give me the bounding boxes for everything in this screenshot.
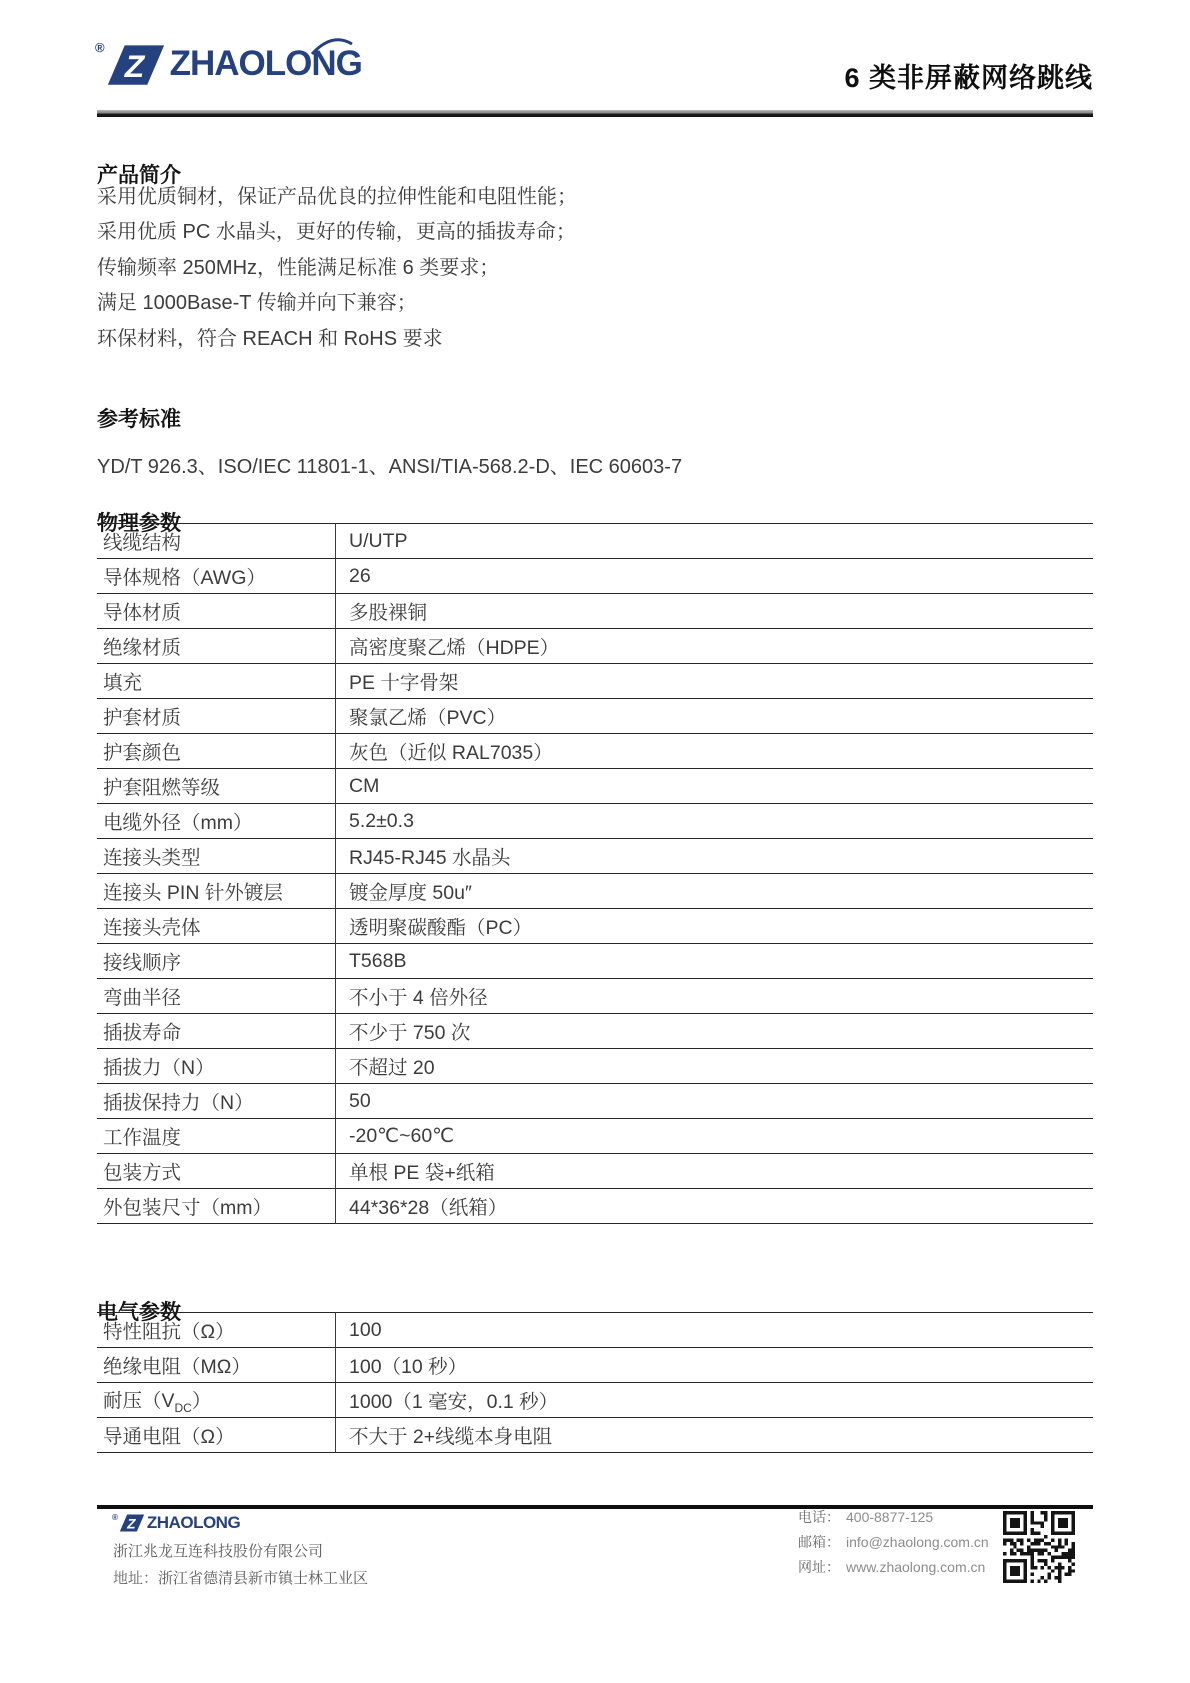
footer-contact: 电话：400-8877-125 邮箱：info@zhaolong.com.cn …: [798, 1510, 989, 1585]
table-row: 连接头 PIN 针外镀层镀金厚度 50u″: [97, 874, 1093, 909]
electrical-table-body: 特性阻抗（Ω）100绝缘电阻（MΩ）100（10 秒）耐压（VDC）1000（1…: [97, 1313, 1093, 1453]
param-label: 护套颜色: [97, 734, 336, 769]
address-value: 浙江省德清县新市镇士林工业区: [158, 1570, 368, 1587]
footer-logo: ® Z ZHAOLONG: [112, 1513, 240, 1533]
param-value: 单根 PE 袋+纸箱: [336, 1154, 1094, 1189]
param-value: 不大于 2+线缆本身电阻: [336, 1418, 1094, 1453]
param-value: 50: [336, 1084, 1094, 1119]
param-value: 高密度聚乙烯（HDPE）: [336, 629, 1094, 664]
table-row: 接线顺序T568B: [97, 944, 1093, 979]
table-row: 导体规格（AWG）26: [97, 559, 1093, 594]
param-label: 电缆外径（mm）: [97, 804, 336, 839]
param-label: 护套材质: [97, 699, 336, 734]
standards-text: YD/T 926.3、ISO/IEC 11801-1、ANSI/TIA-568.…: [97, 450, 682, 479]
table-row: 护套阻燃等级CM: [97, 769, 1093, 804]
param-label: 绝缘材质: [97, 629, 336, 664]
param-value: 透明聚碳酸酯（PC）: [336, 909, 1094, 944]
param-value: 多股裸铜: [336, 594, 1094, 629]
param-label: 连接头 PIN 针外镀层: [97, 874, 336, 909]
param-value: U/UTP: [336, 524, 1094, 559]
table-row: 工作温度-20℃~60℃: [97, 1119, 1093, 1154]
phone-value: 400-8877-125: [846, 1509, 933, 1525]
param-label: 导通电阻（Ω）: [97, 1418, 336, 1453]
param-label: 导体材质: [97, 594, 336, 629]
registered-mark-icon: ®: [95, 40, 105, 55]
table-row: 包装方式单根 PE 袋+纸箱: [97, 1154, 1093, 1189]
param-value: 不超过 20: [336, 1049, 1094, 1084]
zhaolong-logo-text: ZHAOLONG: [170, 42, 362, 86]
param-label: 外包装尺寸（mm）: [97, 1189, 336, 1224]
param-value: 100: [336, 1313, 1094, 1348]
footer-email-row: 邮箱：info@zhaolong.com.cn: [798, 1535, 989, 1550]
table-row: 特性阻抗（Ω）100: [97, 1313, 1093, 1348]
table-row: 连接头类型RJ45-RJ45 水晶头: [97, 839, 1093, 874]
param-label: 弯曲半径: [97, 979, 336, 1014]
param-label: 护套阻燃等级: [97, 769, 336, 804]
footer-registered-mark-icon: ®: [112, 1513, 118, 1522]
param-label: 绝缘电阻（MΩ）: [97, 1348, 336, 1383]
param-value: 灰色（近似 RAL7035）: [336, 734, 1094, 769]
datasheet-page: ® Z ZHAOLONG 6 类非屏蔽网络跳线 产品简介 采用优质铜材，保证产品…: [0, 0, 1190, 1683]
param-label: 插拔寿命: [97, 1014, 336, 1049]
footer-divider: [97, 1505, 1093, 1509]
web-label: 网址：: [798, 1559, 840, 1575]
table-row: 导通电阻（Ω）不大于 2+线缆本身电阻: [97, 1418, 1093, 1453]
intro-line: 采用优质 PC 水晶头，更好的传输，更高的插拔寿命；: [97, 215, 997, 250]
param-label: 特性阻抗（Ω）: [97, 1313, 336, 1348]
table-row: 线缆结构U/UTP: [97, 524, 1093, 559]
param-value: 聚氯乙烯（PVC）: [336, 699, 1094, 734]
table-row: 导体材质多股裸铜: [97, 594, 1093, 629]
footer-phone-row: 电话：400-8877-125: [798, 1510, 989, 1525]
footer-z-icon: Z: [119, 1513, 145, 1533]
param-value: T568B: [336, 944, 1094, 979]
param-value: 100（10 秒）: [336, 1348, 1094, 1383]
param-label: 插拔力（N）: [97, 1049, 336, 1084]
physical-parameters-table: 线缆结构U/UTP导体规格（AWG）26导体材质多股裸铜绝缘材质高密度聚乙烯（H…: [97, 523, 1093, 1224]
param-label: 接线顺序: [97, 944, 336, 979]
param-label: 导体规格（AWG）: [97, 559, 336, 594]
param-value: PE 十字骨架: [336, 664, 1094, 699]
email-label: 邮箱：: [798, 1534, 840, 1550]
table-row: 插拔力（N）不超过 20: [97, 1049, 1093, 1084]
footer-address: 地址：浙江省德清县新市镇士林工业区: [113, 1567, 368, 1588]
param-label: 工作温度: [97, 1119, 336, 1154]
param-value: 不小于 4 倍外径: [336, 979, 1094, 1014]
physical-table-body: 线缆结构U/UTP导体规格（AWG）26导体材质多股裸铜绝缘材质高密度聚乙烯（H…: [97, 524, 1093, 1224]
zhaolong-z-icon: Z: [106, 42, 166, 88]
param-value: CM: [336, 769, 1094, 804]
svg-text:Z: Z: [123, 48, 145, 84]
table-row: 外包装尺寸（mm）44*36*28（纸箱）: [97, 1189, 1093, 1224]
intro-line: 传输频率 250MHz，性能满足标准 6 类要求；: [97, 251, 997, 286]
param-value: 5.2±0.3: [336, 804, 1094, 839]
table-row: 耐压（VDC）1000（1 毫安，0.1 秒）: [97, 1383, 1093, 1418]
param-label: 填充: [97, 664, 336, 699]
param-value: 不少于 750 次: [336, 1014, 1094, 1049]
param-value: 镀金厚度 50u″: [336, 874, 1094, 909]
intro-line: 环保材料，符合 REACH 和 RoHS 要求: [97, 322, 997, 357]
table-row: 插拔保持力（N）50: [97, 1084, 1093, 1119]
intro-line: 满足 1000Base-T 传输并向下兼容；: [97, 286, 997, 321]
section-heading-standards: 参考标准: [97, 408, 181, 432]
table-row: 填充PE 十字骨架: [97, 664, 1093, 699]
param-label: 耐压（VDC）: [97, 1383, 336, 1418]
param-value: 1000（1 毫安，0.1 秒）: [336, 1383, 1094, 1418]
email-value: info@zhaolong.com.cn: [846, 1534, 989, 1550]
param-value: 44*36*28（纸箱）: [336, 1189, 1094, 1224]
param-label: 线缆结构: [97, 524, 336, 559]
table-row: 电缆外径（mm）5.2±0.3: [97, 804, 1093, 839]
header-divider: [97, 110, 1093, 117]
param-label: 连接头类型: [97, 839, 336, 874]
param-value: -20℃~60℃: [336, 1119, 1094, 1154]
zhaolong-logo: ® Z ZHAOLONG: [95, 42, 362, 88]
qr-code-icon: [1003, 1511, 1075, 1583]
param-label: 插拔保持力（N）: [97, 1084, 336, 1119]
param-value: 26: [336, 559, 1094, 594]
footer-logo-text: ZHAOLONG: [147, 1513, 240, 1533]
table-row: 连接头壳体透明聚碳酸酯（PC）: [97, 909, 1093, 944]
table-row: 插拔寿命不少于 750 次: [97, 1014, 1093, 1049]
svg-text:Z: Z: [126, 1515, 136, 1531]
intro-lines: 采用优质铜材，保证产品优良的拉伸性能和电阻性能；采用优质 PC 水晶头，更好的传…: [97, 180, 997, 357]
param-label: 连接头壳体: [97, 909, 336, 944]
address-label: 地址：: [113, 1570, 158, 1587]
table-row: 绝缘材质高密度聚乙烯（HDPE）: [97, 629, 1093, 664]
table-row: 护套材质聚氯乙烯（PVC）: [97, 699, 1093, 734]
footer-company: 浙江兆龙互连科技股份有限公司: [113, 1540, 323, 1561]
param-label: 包装方式: [97, 1154, 336, 1189]
param-value: RJ45-RJ45 水晶头: [336, 839, 1094, 874]
electrical-parameters-table: 特性阻抗（Ω）100绝缘电阻（MΩ）100（10 秒）耐压（VDC）1000（1…: [97, 1312, 1093, 1453]
intro-line: 采用优质铜材，保证产品优良的拉伸性能和电阻性能；: [97, 180, 997, 215]
web-value: www.zhaolong.com.cn: [846, 1559, 985, 1575]
footer-web-row: 网址：www.zhaolong.com.cn: [798, 1560, 989, 1575]
phone-label: 电话：: [798, 1509, 840, 1525]
page-title: 6 类非屏蔽网络跳线: [844, 56, 1093, 95]
table-row: 护套颜色灰色（近似 RAL7035）: [97, 734, 1093, 769]
logo-word: ZHAOLONG: [170, 44, 362, 83]
table-row: 弯曲半径不小于 4 倍外径: [97, 979, 1093, 1014]
table-row: 绝缘电阻（MΩ）100（10 秒）: [97, 1348, 1093, 1383]
